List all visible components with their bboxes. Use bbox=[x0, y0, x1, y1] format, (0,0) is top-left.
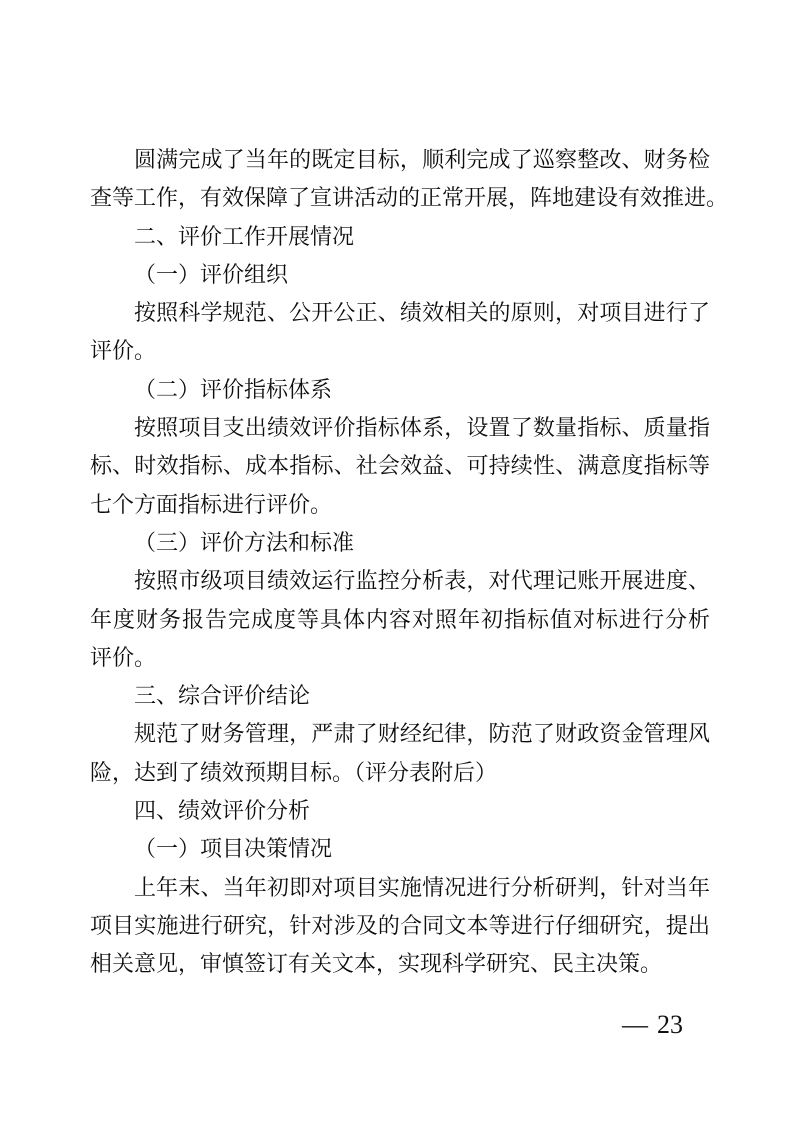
document-body: 圆满完成了当年的既定目标，顺利完成了巡察整改、财务检 查等工作，有效保障了宣讲活… bbox=[90, 142, 710, 985]
page-number: 23 bbox=[657, 1011, 683, 1039]
body-text-line: 项目实施进行研究，针对涉及的合同文本等进行仔细研究，提出 bbox=[90, 908, 710, 946]
page-number-dash: — bbox=[622, 1011, 648, 1039]
body-text-line: 评价。 bbox=[90, 640, 710, 678]
subsection-heading-line: （三）评价方法和标准 bbox=[90, 525, 710, 563]
body-text-line: 评价。 bbox=[90, 333, 710, 371]
section-heading-line: 三、综合评价结论 bbox=[90, 678, 710, 716]
body-text-line: 相关意见，审慎签订有关文本，实现科学研究、民主决策。 bbox=[90, 946, 710, 984]
body-text-line: 标、时效指标、成本指标、社会效益、可持续性、满意度指标等 bbox=[90, 448, 710, 486]
subsection-heading-line: （一）项目决策情况 bbox=[90, 831, 710, 869]
body-text-line: 圆满完成了当年的既定目标，顺利完成了巡察整改、财务检 bbox=[90, 142, 710, 180]
subsection-heading-line: （一）评价组织 bbox=[90, 257, 710, 295]
body-text-line: 上年末、当年初即对项目实施情况进行分析研判，针对当年 bbox=[90, 870, 710, 908]
body-text-line: 查等工作，有效保障了宣讲活动的正常开展，阵地建设有效推进。 bbox=[90, 180, 710, 218]
subsection-heading-line: （二）评价指标体系 bbox=[90, 372, 710, 410]
body-text-line: 按照市级项目绩效运行监控分析表，对代理记账开展进度、 bbox=[90, 563, 710, 601]
body-text-line: 险，达到了绩效预期目标。（评分表附后） bbox=[90, 755, 710, 793]
body-text-line: 七个方面指标进行评价。 bbox=[90, 487, 710, 525]
body-text-line: 年度财务报告完成度等具体内容对照年初指标值对标进行分析 bbox=[90, 602, 710, 640]
document-page: 圆满完成了当年的既定目标，顺利完成了巡察整改、财务检 查等工作，有效保障了宣讲活… bbox=[0, 0, 793, 1122]
body-text-line: 按照科学规范、公开公正、绩效相关的原则，对项目进行了 bbox=[90, 295, 710, 333]
body-text-line: 按照项目支出绩效评价指标体系，设置了数量指标、质量指 bbox=[90, 410, 710, 448]
page-footer: — 23 bbox=[622, 1011, 683, 1039]
body-text-line: 规范了财务管理，严肃了财经纪律，防范了财政资金管理风 bbox=[90, 716, 710, 754]
section-heading-line: 二、评价工作开展情况 bbox=[90, 219, 710, 257]
section-heading-line: 四、绩效评价分析 bbox=[90, 793, 710, 831]
